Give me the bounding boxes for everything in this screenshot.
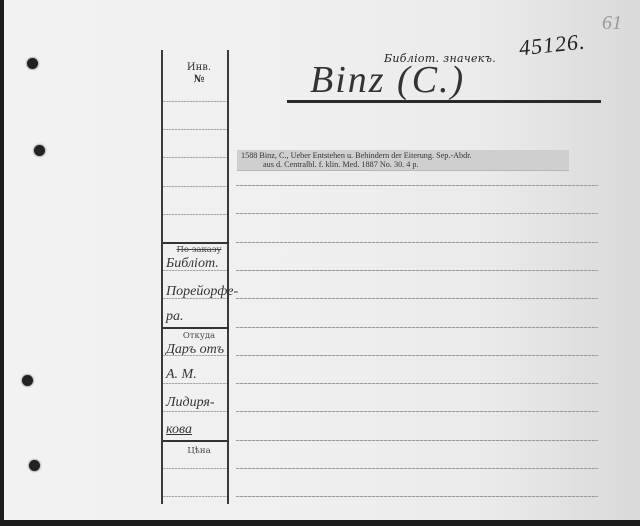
left-ruled-line xyxy=(163,129,227,130)
ruled-line xyxy=(236,383,598,384)
catalog-card: Инв. № По заказу Библiот. Порейорфе- ра.… xyxy=(4,0,640,520)
ruled-line xyxy=(236,270,598,271)
by-order-label: По заказу xyxy=(164,245,234,255)
punch-hole xyxy=(29,460,40,471)
left-ruled-line xyxy=(163,214,227,215)
author-heading: Binz (C.) xyxy=(310,58,465,102)
from-where-value-line: А. М. xyxy=(166,367,236,383)
ruled-line xyxy=(236,242,598,243)
ruled-line xyxy=(236,185,598,186)
ruled-line xyxy=(236,440,598,441)
scan-border xyxy=(0,520,640,526)
left-ruled-line xyxy=(163,101,227,102)
section-divider xyxy=(163,327,229,329)
left-ruled-line xyxy=(163,270,227,271)
ruled-line xyxy=(236,355,598,356)
from-where-value-line: Лидиря- xyxy=(166,395,236,411)
ruled-line xyxy=(236,213,598,214)
ruled-line xyxy=(236,411,598,412)
ruled-line xyxy=(236,496,598,497)
left-ruled-line xyxy=(163,298,227,299)
ruled-line xyxy=(236,468,598,469)
slip-line-2: aus d. Centralbl. f. klin. Med. 1887 No.… xyxy=(241,160,565,169)
punch-hole xyxy=(34,145,45,156)
inventory-header-line2: № xyxy=(164,74,234,86)
left-ruled-line xyxy=(163,496,227,497)
punch-hole xyxy=(27,58,38,69)
inventory-number: 45126. xyxy=(518,29,587,62)
by-order-value-line: ра. xyxy=(166,309,236,325)
punch-hole xyxy=(22,375,33,386)
left-column-border xyxy=(161,50,163,504)
from-where-label: Откуда xyxy=(164,331,234,341)
section-divider xyxy=(163,242,229,244)
left-ruled-line xyxy=(163,411,227,412)
price-label: Цѣна xyxy=(164,446,234,456)
from-where-value-line: кова xyxy=(166,422,236,438)
left-ruled-line xyxy=(163,157,227,158)
ruled-line xyxy=(236,298,598,299)
ruled-line xyxy=(236,327,598,328)
left-ruled-line xyxy=(163,383,227,384)
left-ruled-line xyxy=(163,468,227,469)
left-ruled-line xyxy=(163,186,227,187)
slip-line-1: 1588 Binz, C., Ueber Entstehen u. Behind… xyxy=(241,151,565,160)
left-ruled-line xyxy=(163,355,227,356)
inventory-header: Инв. № xyxy=(164,62,234,86)
section-divider xyxy=(163,440,229,442)
page-mark: 61 xyxy=(602,12,622,35)
author-underline xyxy=(287,100,601,103)
inventory-header-line1: Инв. xyxy=(164,62,234,74)
printed-bibliographic-slip: 1588 Binz, C., Ueber Entstehen u. Behind… xyxy=(237,150,569,170)
